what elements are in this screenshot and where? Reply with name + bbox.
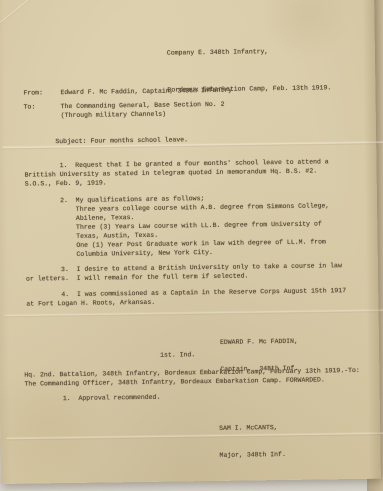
endorsement-signature-title: Major, 348th Inf. xyxy=(219,450,285,460)
endorsement-body: Hq. 2nd. Battalion, 348th Infantry, Bord… xyxy=(24,366,376,389)
paragraph-3-desire: 3. I desire to attend a British Universi… xyxy=(26,261,370,284)
subject-label: Subject: xyxy=(55,138,86,145)
corner-fold-crease xyxy=(0,0,44,29)
scan-background: Company E. 348th Infantry, Bordeaux Emba… xyxy=(0,0,383,491)
endorsement-signature-block: SAM I. McCANTS, Major, 348th Inf. xyxy=(219,405,286,478)
to-row: To: The Commanding General, Base Section… xyxy=(24,98,354,121)
from-label: From: xyxy=(23,88,60,98)
endorsement-signature-name: SAM I. McCANTS, xyxy=(219,423,285,433)
fold-crease-middle xyxy=(5,309,383,318)
fold-crease-bottom xyxy=(6,432,383,441)
letterhead-unit: Company E. 348th Infantry, xyxy=(167,46,331,57)
signature-name: EDWARD F. Mc FADDIN, xyxy=(220,337,298,347)
paragraph-2-qualifications: 2. My qualifications are as follows; Thr… xyxy=(25,192,366,260)
paragraph-4-commission: 4. I was commissioned as a Captain in th… xyxy=(26,286,370,309)
to-value: The Commanding General, Base Section No.… xyxy=(61,98,354,120)
approval-line: 1. Approval recommended. xyxy=(28,390,328,403)
letter-content: Company E. 348th Infantry, Bordeaux Emba… xyxy=(0,0,383,491)
to-label: To: xyxy=(24,102,61,121)
letter-page: Company E. 348th Infantry, Bordeaux Emba… xyxy=(0,0,381,484)
subject-value: Four months school leave. xyxy=(91,136,189,144)
endorsement-heading: 1st. Ind. xyxy=(160,350,195,359)
paragraph-1-request: 1. Request that I be granted a four mont… xyxy=(24,157,364,189)
subject-row: Subject:Four months school leave. xyxy=(24,124,354,156)
